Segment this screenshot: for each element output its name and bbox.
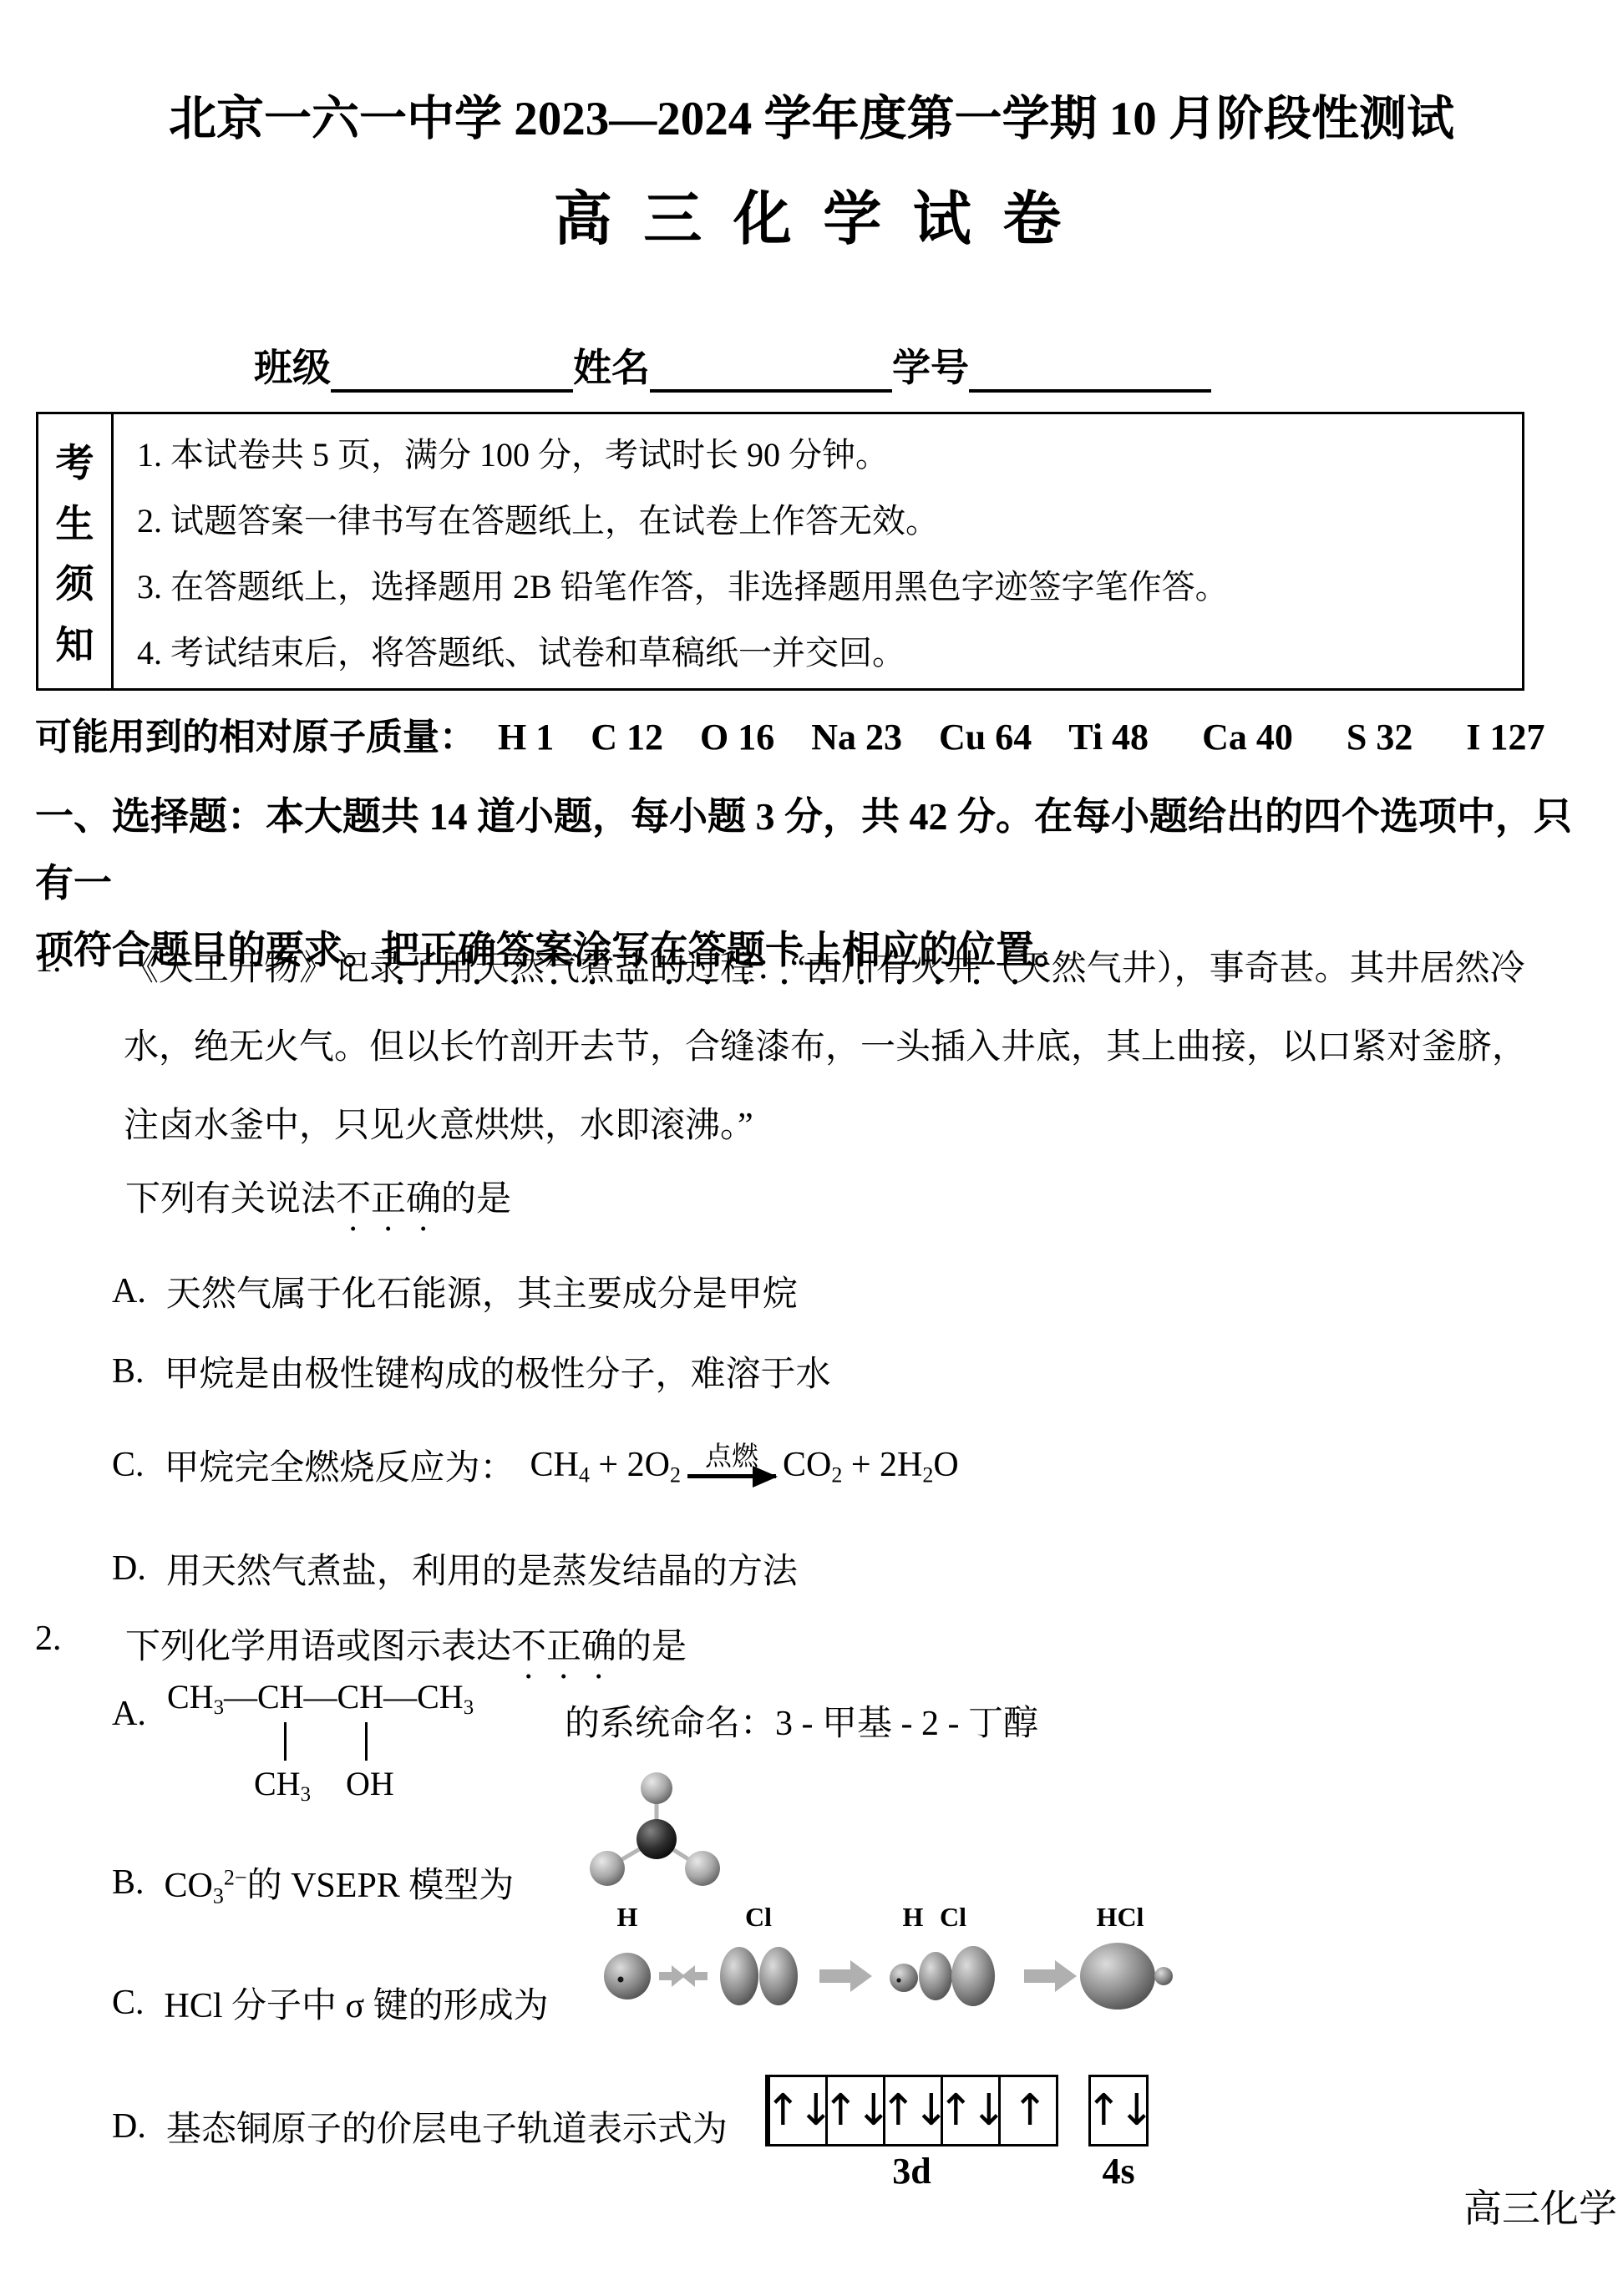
orbital-cell: ↑	[998, 2077, 1056, 2144]
hcl-small-lobe	[1154, 1967, 1173, 1985]
small-arrow-left-icon	[682, 1965, 708, 1987]
atomic-mass-pair: H 1	[498, 716, 554, 758]
small-arrow-right-icon	[659, 1965, 685, 1987]
notice-item: 2. 试题答案一律书写在答题纸上，在试卷上作答无效。	[137, 494, 1514, 542]
q1-line3: 注卤水釜中，只见火意烘烘，水即滚沸。”	[124, 1097, 753, 1148]
exam-paper-page: 北京一六一中学 2023—2024 学年度第一学期 10 月阶段性测试 高 三 …	[0, 0, 1623, 2296]
q1-line2: 水，绝无火气。但以长竹剖开去节，合缝漆布，一头插入井底，其上曲接，以口紧对釜脐，	[124, 1019, 1527, 1069]
atomic-mass-pair: Na 23	[811, 716, 902, 758]
hcl-sigma-bond-orbital	[1080, 1943, 1155, 2010]
notice-item: 3. 在答题纸上，选择题用 2B 铅笔作答，非选择题用黑色字迹签字笔作答。	[137, 560, 1514, 608]
q2-option-a-name: 的系统命名：3 - 甲基 - 2 - 丁醇	[565, 1695, 1038, 1746]
big-arrow-1-icon	[819, 1960, 872, 1992]
overlap-cl-left-lobe	[919, 1952, 952, 2000]
orbital-cell: ↑↓	[1091, 2077, 1146, 2144]
overlap-h-orbital	[890, 1964, 918, 1992]
reaction-arrow-group: 点燃	[687, 1442, 776, 1478]
q2-option-c: C.HCl 分子中 σ 键的形成为	[112, 1978, 549, 2028]
notice-side-char: 生	[56, 494, 94, 549]
sigma-bond-formation-diagram: H Cl H Cl HCl	[596, 1903, 1184, 2021]
notice-side-char: 考	[56, 433, 94, 488]
oxygen-atom-top	[641, 1772, 672, 1804]
notice-side-char: 须	[56, 554, 94, 609]
atomic-mass-pairs: H 1C 12O 16Na 23Cu 64Ti 48Ca 40S 32I 127	[476, 716, 1544, 758]
q2-option-b: B.CO32−的 VSEPR 模型为	[112, 1858, 514, 1908]
oxygen-atom-left	[590, 1851, 625, 1886]
vsepr-model-image	[583, 1766, 727, 1894]
q1-option-c: C.甲烷完全燃烧反应为： CH4 + 2O2 点燃 CO2 + 2H2O	[112, 1440, 959, 1490]
q1-option-b: B.甲烷是由极性键构成的极性分子，难溶于水	[112, 1346, 831, 1396]
notice-side-label: 考生须知	[38, 414, 114, 688]
label-cl-atom: Cl	[745, 1903, 772, 1932]
orbital-diagram-4s: ↑↓ 4s	[1088, 2075, 1149, 2192]
examinee-notice-box: 考生须知 1. 本试卷共 5 页，满分 100 分，考试时长 90 分钟。2. …	[36, 412, 1524, 691]
orbital-cell: ↑↓	[825, 2077, 883, 2144]
orbital-label-3d: 3d	[892, 2150, 931, 2192]
q1-option-d: D.用天然气煮盐，利用的是蒸发结晶的方法	[112, 1543, 798, 1594]
atomic-mass-pair: I 127	[1466, 716, 1544, 758]
combustion-equation: CH4 + 2O2 点燃 CO2 + 2H2O	[530, 1445, 959, 1485]
carbon-atom-center	[637, 1819, 677, 1859]
notice-item: 1. 本试卷共 5 页，满分 100 分，考试时长 90 分钟。	[137, 428, 1514, 476]
q2-option-b-text: CO32−的 VSEPR 模型为	[165, 1858, 515, 1908]
h-1s-orbital	[604, 1953, 651, 1999]
cl-p-orbital-left-lobe	[720, 1947, 758, 2005]
orbital-label-4s: 4s	[1102, 2150, 1134, 2192]
q2-number: 2.	[35, 1619, 62, 1659]
class-label: 班级	[254, 337, 331, 393]
overlap-cl-right-lobe	[951, 1946, 995, 2006]
q2-stem: 下列化学用语或图示表达不正确的是	[125, 1619, 687, 1686]
substituent-methyl: CH3	[254, 1764, 311, 1803]
vertical-bond-2	[365, 1722, 368, 1761]
notice-items: 1. 本试卷共 5 页，满分 100 分，考试时长 90 分钟。2. 试题答案一…	[114, 414, 1522, 688]
orbital-cell: ↑↓	[941, 2077, 998, 2144]
vertical-bond-1	[284, 1722, 287, 1761]
atomic-mass-line: 可能用到的相对原子质量： H 1C 12O 16Na 23Cu 64Ti 48C…	[35, 707, 1544, 760]
orbital-cell: ↑↓	[883, 2077, 941, 2144]
student-info-row: 班级姓名学号	[254, 337, 1211, 393]
q1-number: 1.	[35, 940, 62, 981]
q1-option-a: A.天然气属于化石能源，其主要成分是甲烷	[112, 1266, 798, 1316]
q1-line1: 《天工开物》记录了用天然气煮盐的过程：“西川有火井（天然气井），事奇甚。其井居然…	[124, 940, 1525, 991]
id-blank-line	[969, 344, 1211, 393]
formula-main-chain: CH3—CH—CH—CH3	[167, 1677, 474, 1716]
notice-side-char: 知	[56, 615, 94, 670]
overlap-h-nucleus-dot	[896, 1978, 900, 1982]
name-blank-line	[650, 344, 892, 393]
equation-left: CH4 + 2O2	[530, 1445, 681, 1485]
atomic-mass-pair: S 32	[1347, 716, 1413, 758]
atomic-mass-pair: Ca 40	[1202, 716, 1293, 758]
atomic-mass-pair: O 16	[700, 716, 774, 758]
q1-stem: 下列有关说法不正确的是	[125, 1171, 511, 1239]
class-blank-line	[331, 344, 573, 393]
orbital-boxes-3d: ↑↓↑↓↑↓↑↓↑	[765, 2075, 1058, 2146]
section1-line1: 一、选择题：本大题共 14 道小题，每小题 3 分，共 42 分。在每小题给出的…	[35, 783, 1605, 917]
exam-subtitle: 高 三 化 学 试 卷	[0, 172, 1623, 256]
notice-item: 4. 考试结束后，将答题纸、试卷和草稿纸一并交回。	[137, 626, 1514, 674]
label-hcl-molecule: HCl	[1097, 1903, 1144, 1932]
oxygen-atom-right	[685, 1851, 720, 1886]
atomic-mass-label: 可能用到的相对原子质量：	[35, 707, 476, 760]
equation-right: CO2 + 2H2O	[783, 1445, 959, 1485]
atomic-mass-pair: Ti 48	[1068, 716, 1149, 758]
orbital-cell: ↑↓	[768, 2077, 825, 2144]
h-nucleus-dot	[618, 1977, 624, 1983]
big-arrow-2-icon	[1024, 1960, 1077, 1992]
page-footer: 高三化学	[1463, 2178, 1617, 2233]
id-label: 学号	[892, 337, 969, 393]
name-label: 姓名	[573, 337, 650, 393]
exam-title: 北京一六一中学 2023—2024 学年度第一学期 10 月阶段性测试	[0, 80, 1623, 149]
label-h-atom: H	[617, 1903, 638, 1932]
q2-option-d: D.基态铜原子的价层电子轨道表示式为	[112, 2101, 728, 2152]
atomic-mass-pair: C 12	[591, 716, 663, 758]
q2-option-a-label: A.	[112, 1694, 166, 1734]
atomic-mass-pair: Cu 64	[939, 716, 1032, 758]
orbital-box-4s: ↑↓	[1088, 2075, 1149, 2146]
substituent-hydroxyl: OH	[346, 1764, 394, 1803]
label-cl-overlap: Cl	[940, 1903, 966, 1932]
label-h-overlap: H	[903, 1903, 924, 1932]
cl-p-orbital-right-lobe	[759, 1947, 798, 2005]
structural-formula: CH3—CH—CH—CH3 CH3 OH	[167, 1677, 497, 1811]
orbital-diagram-3d: ↑↓↑↓↑↓↑↓↑ 3d	[765, 2075, 1058, 2192]
reaction-arrow	[687, 1474, 776, 1478]
ignition-condition: 点燃	[705, 1442, 758, 1471]
